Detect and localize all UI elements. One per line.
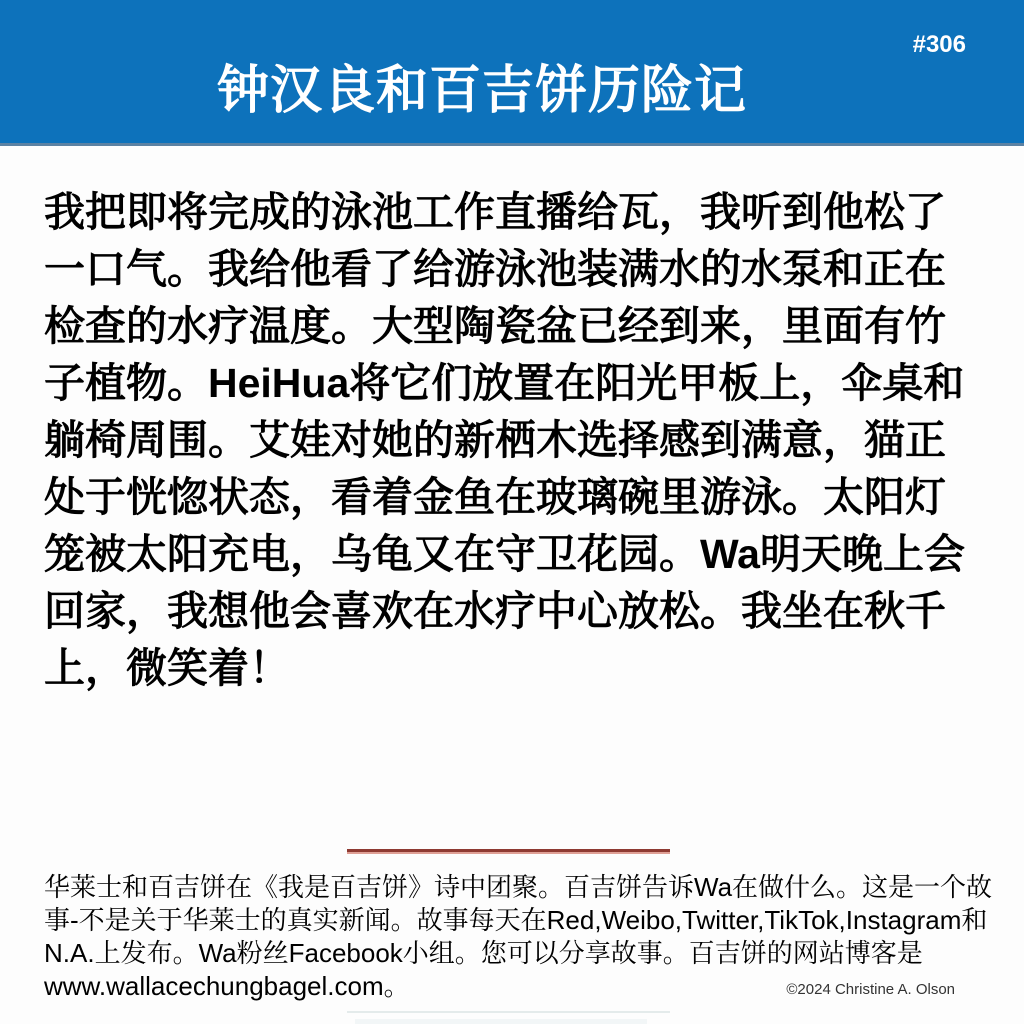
story-paragraph: 我把即将完成的泳池工作直播给瓦，我听到他松了一口气。我给他看了给游泳池装满水的水… xyxy=(44,184,982,697)
bottom-accent-bar xyxy=(355,1019,647,1024)
section-divider xyxy=(347,849,670,854)
copyright-text: ©2024 Christine A. Olson xyxy=(786,982,955,997)
story-card: 钟汉良和百吉饼历险记 #306 我把即将完成的泳池工作直播给瓦，我听到他松了一口… xyxy=(0,0,1024,1024)
bottom-divider-line xyxy=(347,1011,670,1013)
issue-number: #306 xyxy=(913,33,966,57)
header-bar: 钟汉良和百吉饼历险记 #306 xyxy=(0,0,1024,146)
page-title: 钟汉良和百吉饼历险记 xyxy=(217,65,807,143)
